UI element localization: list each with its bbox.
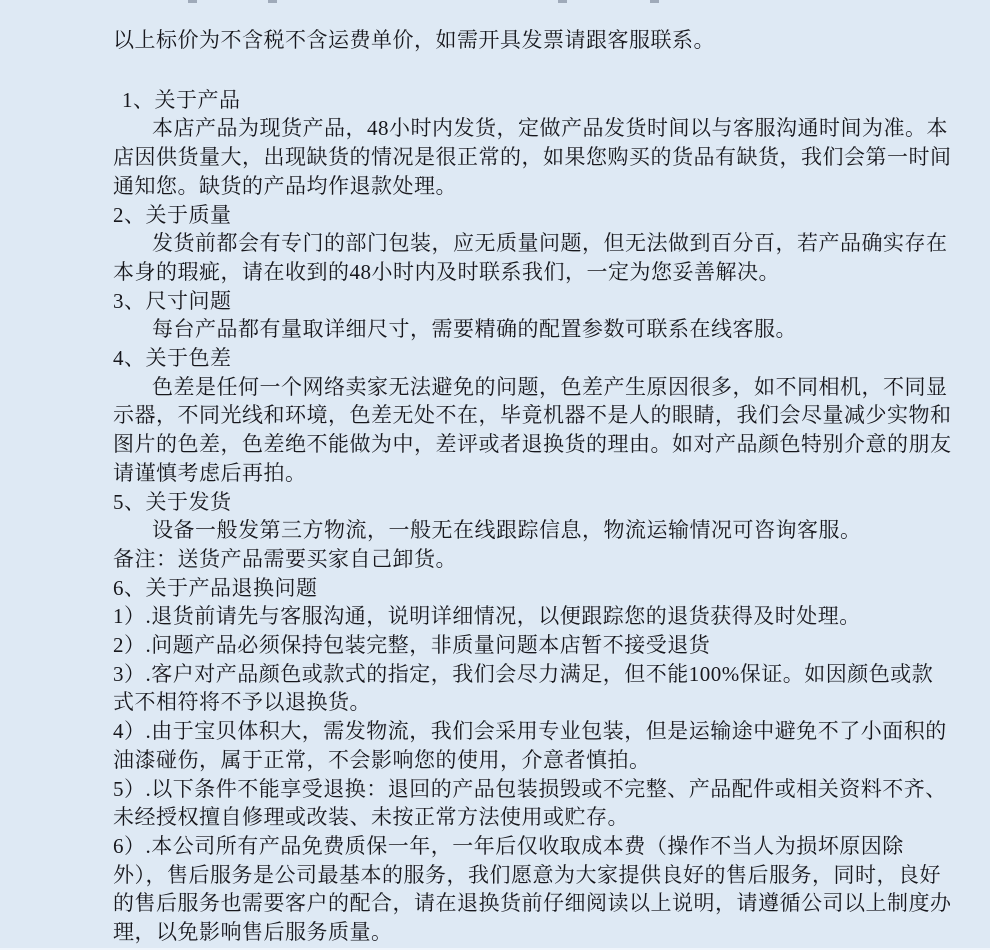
section-returns-item-3: 3）.客户对产品颜色或款式的指定，我们会尽力满足，但不能100%保证。如因颜色或… (113, 660, 954, 717)
section-returns-item-6: 6）.本公司所有产品免费质保一年，一年后仅收取成本费（操作不当人为损坏原因除外）… (113, 832, 954, 947)
section-returns-item-2: 2）.问题产品必须保持包装完整，非质量问题本店暂不接受退货 (113, 631, 954, 660)
section-size-issue-heading: 3、尺寸问题 (113, 287, 954, 316)
cropped-text-fragment (558, 0, 567, 3)
section-color-difference-paragraph: 色差是任何一个网络卖家无法避免的问题，色差产生原因很多，如不同相机，不同显示器，… (113, 373, 954, 488)
section-returns-item-1: 1）.退货前请先与客服沟通，说明详细情况，以便跟踪您的退货获得及时处理。 (113, 602, 954, 631)
section-about-product: 1、关于产品 本店产品为现货产品，48小时内发货，定做产品发货时间以与客服沟通时… (113, 86, 954, 201)
cropped-text-fragment (188, 0, 197, 3)
notice-content: 以上标价为不含税不含运费单价，如需开具发票请跟客服联系。 1、关于产品 本店产品… (113, 26, 954, 947)
section-color-difference: 4、关于色差 色差是任何一个网络卖家无法避免的问题，色差产生原因很多，如不同相机… (113, 344, 954, 488)
section-returns: 6、关于产品退换问题 1）.退货前请先与客服沟通，说明详细情况，以便跟踪您的退货… (113, 574, 954, 947)
section-about-quality-heading: 2、关于质量 (113, 201, 954, 230)
section-returns-item-4: 4）.由于宝贝体积大，需发物流，我们会采用专业包装，但是运输途中避免不了小面积的… (113, 717, 954, 774)
section-about-product-heading: 1、关于产品 (113, 86, 954, 115)
section-about-quality-paragraph: 发货前都会有专门的部门包装，应无质量问题，但无法做到百分百，若产品确实存在本身的… (113, 229, 954, 286)
section-size-issue-paragraph: 每台产品都有量取详细尺寸，需要精确的配置参数可联系在线客服。 (113, 315, 954, 344)
cropped-text-fragment (268, 0, 277, 3)
section-shipping-heading: 5、关于发货 (113, 488, 954, 517)
section-about-product-paragraph: 本店产品为现货产品，48小时内发货，定做产品发货时间以与客服沟通时间为准。本店因… (113, 114, 954, 200)
notice-intro: 以上标价为不含税不含运费单价，如需开具发票请跟客服联系。 (113, 26, 954, 55)
section-color-difference-heading: 4、关于色差 (113, 344, 954, 373)
section-about-quality: 2、关于质量 发货前都会有专门的部门包装，应无质量问题，但无法做到百分百，若产品… (113, 201, 954, 287)
section-returns-heading: 6、关于产品退换问题 (113, 574, 954, 603)
cropped-text-fragment (650, 0, 659, 3)
section-size-issue: 3、尺寸问题 每台产品都有量取详细尺寸，需要精确的配置参数可联系在线客服。 (113, 287, 954, 344)
notice-page: 以上标价为不含税不含运费单价，如需开具发票请跟客服联系。 1、关于产品 本店产品… (0, 0, 990, 950)
section-shipping-note: 备注：送货产品需要买家自己卸货。 (113, 545, 954, 574)
section-shipping: 5、关于发货 设备一般发第三方物流，一般无在线跟踪信息，物流运输情况可咨询客服。… (113, 488, 954, 574)
section-shipping-paragraph: 设备一般发第三方物流，一般无在线跟踪信息，物流运输情况可咨询客服。 (113, 516, 954, 545)
section-returns-item-5: 5）.以下条件不能享受退换：退回的产品包装损毁或不完整、产品配件或相关资料不齐、… (113, 775, 954, 832)
